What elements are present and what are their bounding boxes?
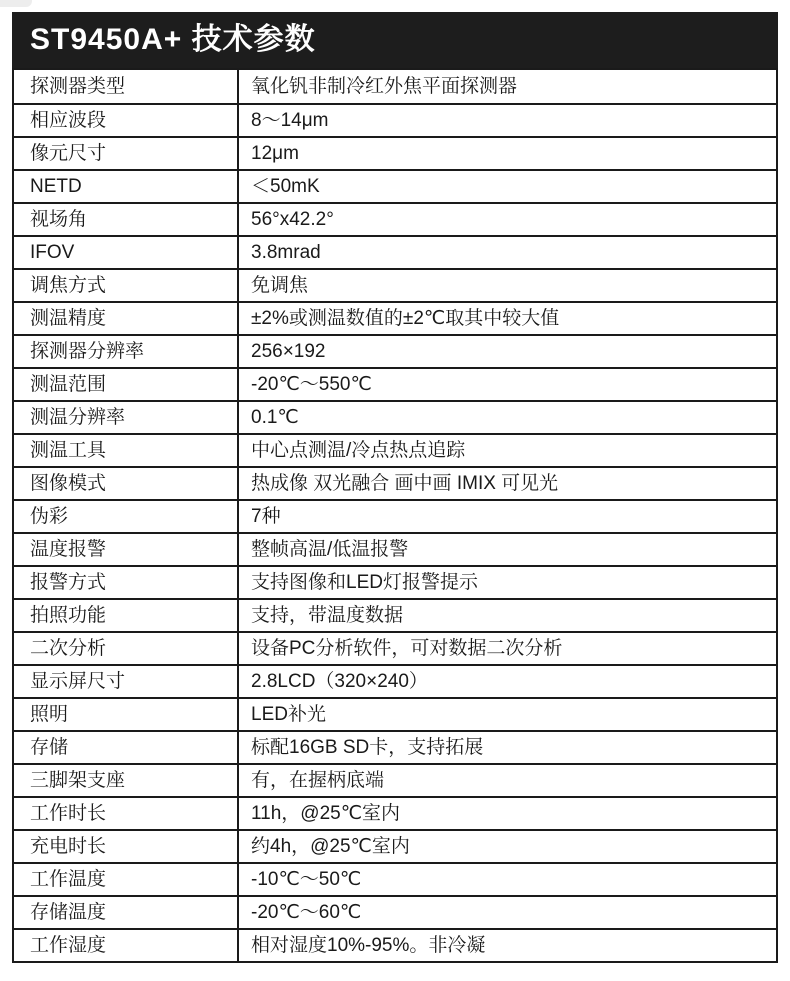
spec-value: 2.8LCD（320×240） — [239, 666, 776, 697]
table-row: 测温精度 ±2%或测温数值的±2℃取其中较大值 — [14, 301, 776, 334]
spec-value: 热成像 双光融合 画中画 IMIX 可见光 — [239, 468, 776, 499]
spec-label: 存储 — [14, 732, 239, 763]
spec-label: 工作湿度 — [14, 930, 239, 961]
spec-value: 256×192 — [239, 336, 776, 367]
spec-label: 视场角 — [14, 204, 239, 235]
spec-value: 整帧高温/低温报警 — [239, 534, 776, 565]
spec-label: 三脚架支座 — [14, 765, 239, 796]
spec-value: 12μm — [239, 138, 776, 169]
table-row: 存储 标配16GB SD卡，支持拓展 — [14, 730, 776, 763]
table-row: 工作时长 11h，@25℃室内 — [14, 796, 776, 829]
spec-label: 伪彩 — [14, 501, 239, 532]
table-row: 测温分辨率 0.1℃ — [14, 400, 776, 433]
table-row: 充电时长 约4h，@25℃室内 — [14, 829, 776, 862]
table-row: 图像模式 热成像 双光融合 画中画 IMIX 可见光 — [14, 466, 776, 499]
spec-value: -20℃～550℃ — [239, 369, 776, 400]
spec-label: 二次分析 — [14, 633, 239, 664]
spec-value: 支持图像和LED灯报警提示 — [239, 567, 776, 598]
spec-value: 7种 — [239, 501, 776, 532]
spec-value: -10℃～50℃ — [239, 864, 776, 895]
title-bar: ST9450A+ 技术参数 — [12, 12, 778, 68]
spec-value: 氧化钒非制冷红外焦平面探测器 — [239, 70, 776, 103]
spec-value: LED补光 — [239, 699, 776, 730]
table-row: 视场角 56°x42.2° — [14, 202, 776, 235]
table-row: 测温范围 -20℃～550℃ — [14, 367, 776, 400]
spec-label: IFOV — [14, 237, 239, 268]
table-row: 伪彩 7种 — [14, 499, 776, 532]
spec-value: 有，在握柄底端 — [239, 765, 776, 796]
table-row: 报警方式 支持图像和LED灯报警提示 — [14, 565, 776, 598]
spec-label: 探测器分辨率 — [14, 336, 239, 367]
table-row: 工作湿度 相对湿度10%-95%。非冷凝 — [14, 928, 776, 961]
spec-label: 测温范围 — [14, 369, 239, 400]
spec-label: 图像模式 — [14, 468, 239, 499]
spec-value: 0.1℃ — [239, 402, 776, 433]
spec-table: 探测器类型 氧化钒非制冷红外焦平面探测器 相应波段 8～14μm 像元尺寸 12… — [12, 68, 778, 963]
spec-label: 工作时长 — [14, 798, 239, 829]
corner-artifact — [0, 0, 32, 7]
table-row: 工作温度 -10℃～50℃ — [14, 862, 776, 895]
spec-value: 3.8mrad — [239, 237, 776, 268]
table-row: 探测器类型 氧化钒非制冷红外焦平面探测器 — [14, 70, 776, 103]
spec-value: 11h，@25℃室内 — [239, 798, 776, 829]
spec-value: ±2%或测温数值的±2℃取其中较大值 — [239, 303, 776, 334]
spec-label: 测温工具 — [14, 435, 239, 466]
spec-value: 56°x42.2° — [239, 204, 776, 235]
page-title: ST9450A+ 技术参数 — [30, 25, 316, 55]
spec-value: 相对湿度10%-95%。非冷凝 — [239, 930, 776, 961]
spec-label: 探测器类型 — [14, 70, 239, 103]
table-row: 存储温度 -20℃～60℃ — [14, 895, 776, 928]
table-row: 调焦方式 免调焦 — [14, 268, 776, 301]
spec-value: 设备PC分析软件，可对数据二次分析 — [239, 633, 776, 664]
spec-label: 拍照功能 — [14, 600, 239, 631]
spec-value: 免调焦 — [239, 270, 776, 301]
spec-label: NETD — [14, 171, 239, 202]
table-row: 温度报警 整帧高温/低温报警 — [14, 532, 776, 565]
spec-label: 相应波段 — [14, 105, 239, 136]
spec-value: 标配16GB SD卡，支持拓展 — [239, 732, 776, 763]
table-row: 二次分析 设备PC分析软件，可对数据二次分析 — [14, 631, 776, 664]
table-row: IFOV 3.8mrad — [14, 235, 776, 268]
spec-label: 温度报警 — [14, 534, 239, 565]
spec-value: ＜50mK — [239, 171, 776, 202]
table-row: 像元尺寸 12μm — [14, 136, 776, 169]
table-row: 测温工具 中心点测温/冷点热点追踪 — [14, 433, 776, 466]
spec-label: 照明 — [14, 699, 239, 730]
table-row: 照明 LED补光 — [14, 697, 776, 730]
table-row: 探测器分辨率 256×192 — [14, 334, 776, 367]
spec-label: 测温精度 — [14, 303, 239, 334]
spec-label: 工作温度 — [14, 864, 239, 895]
spec-label: 存储温度 — [14, 897, 239, 928]
spec-label: 测温分辨率 — [14, 402, 239, 433]
table-row: NETD ＜50mK — [14, 169, 776, 202]
table-row: 显示屏尺寸 2.8LCD（320×240） — [14, 664, 776, 697]
spec-label: 报警方式 — [14, 567, 239, 598]
spec-value: 支持，带温度数据 — [239, 600, 776, 631]
table-row: 相应波段 8～14μm — [14, 103, 776, 136]
table-row: 拍照功能 支持，带温度数据 — [14, 598, 776, 631]
spec-value: 中心点测温/冷点热点追踪 — [239, 435, 776, 466]
spec-sheet-page: ST9450A+ 技术参数 探测器类型 氧化钒非制冷红外焦平面探测器 相应波段 … — [0, 0, 790, 981]
spec-label: 像元尺寸 — [14, 138, 239, 169]
table-row: 三脚架支座 有，在握柄底端 — [14, 763, 776, 796]
spec-value: 约4h，@25℃室内 — [239, 831, 776, 862]
spec-label: 显示屏尺寸 — [14, 666, 239, 697]
spec-value: 8～14μm — [239, 105, 776, 136]
spec-value: -20℃～60℃ — [239, 897, 776, 928]
spec-label: 充电时长 — [14, 831, 239, 862]
spec-label: 调焦方式 — [14, 270, 239, 301]
